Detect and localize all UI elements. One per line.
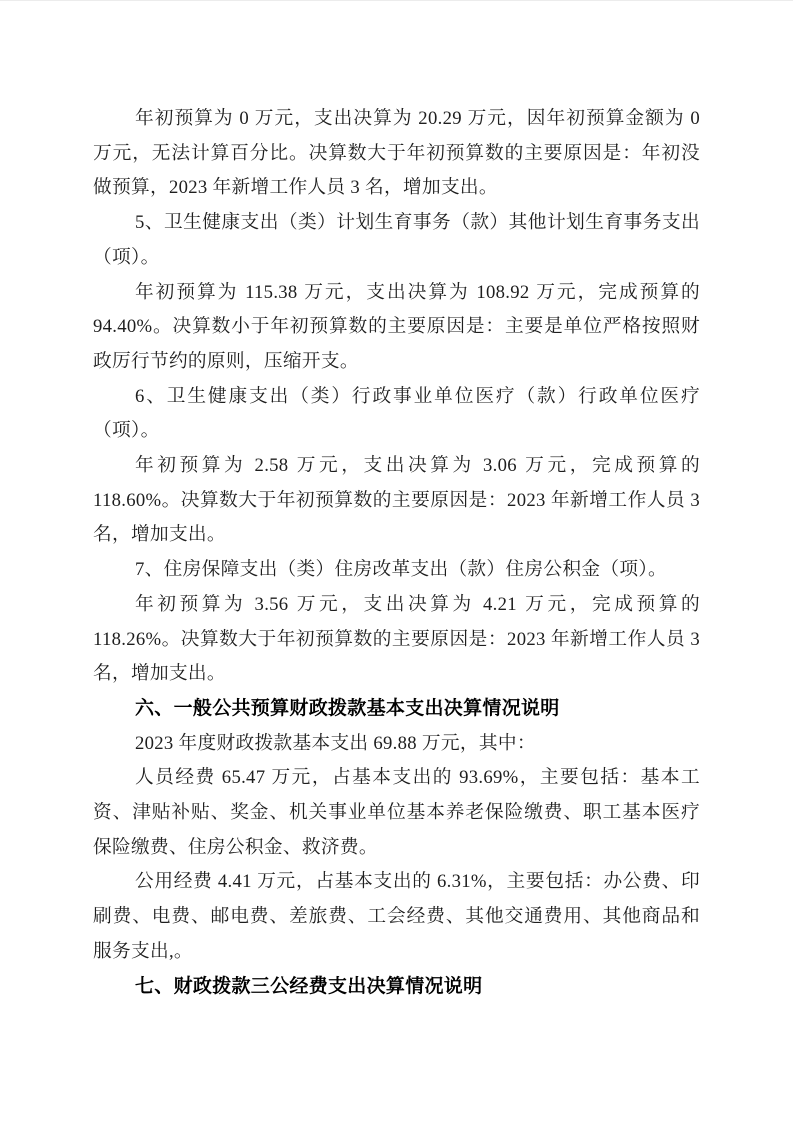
section-heading: 七、财政拨款三公经费支出决算情况说明: [93, 970, 700, 1005]
paragraph: 5、卫生健康支出（类）计划生育事务（款）其他计划生育事务支出（项）。: [93, 206, 700, 275]
paragraph: 公用经费 4.41 万元，占基本支出的 6.31%，主要包括：办公费、印刷费、电…: [93, 865, 700, 969]
paragraph: 年初预算为 0 万元，支出决算为 20.29 万元，因年初预算金额为 0 万元，…: [93, 102, 700, 206]
document-page: 年初预算为 0 万元，支出决算为 20.29 万元，因年初预算金额为 0 万元，…: [0, 0, 793, 1122]
paragraph: 6、卫生健康支出（类）行政事业单位医疗（款）行政单位医疗（项）。: [93, 380, 700, 449]
paragraph: 7、住房保障支出（类）住房改革支出（款）住房公积金（项）。: [93, 553, 700, 588]
section-heading: 六、一般公共预算财政拨款基本支出决算情况说明: [93, 692, 700, 727]
paragraph: 年初预算为 115.38 万元，支出决算为 108.92 万元，完成预算的 94…: [93, 276, 700, 380]
paragraph: 年初预算为 3.56 万元，支出决算为 4.21 万元，完成预算的 118.26…: [93, 588, 700, 692]
paragraph: 2023 年度财政拨款基本支出 69.88 万元，其中：: [93, 727, 700, 762]
paragraph: 年初预算为 2.58 万元，支出决算为 3.06 万元，完成预算的 118.60…: [93, 449, 700, 553]
paragraph: 人员经费 65.47 万元，占基本支出的 93.69%，主要包括：基本工资、津贴…: [93, 761, 700, 865]
